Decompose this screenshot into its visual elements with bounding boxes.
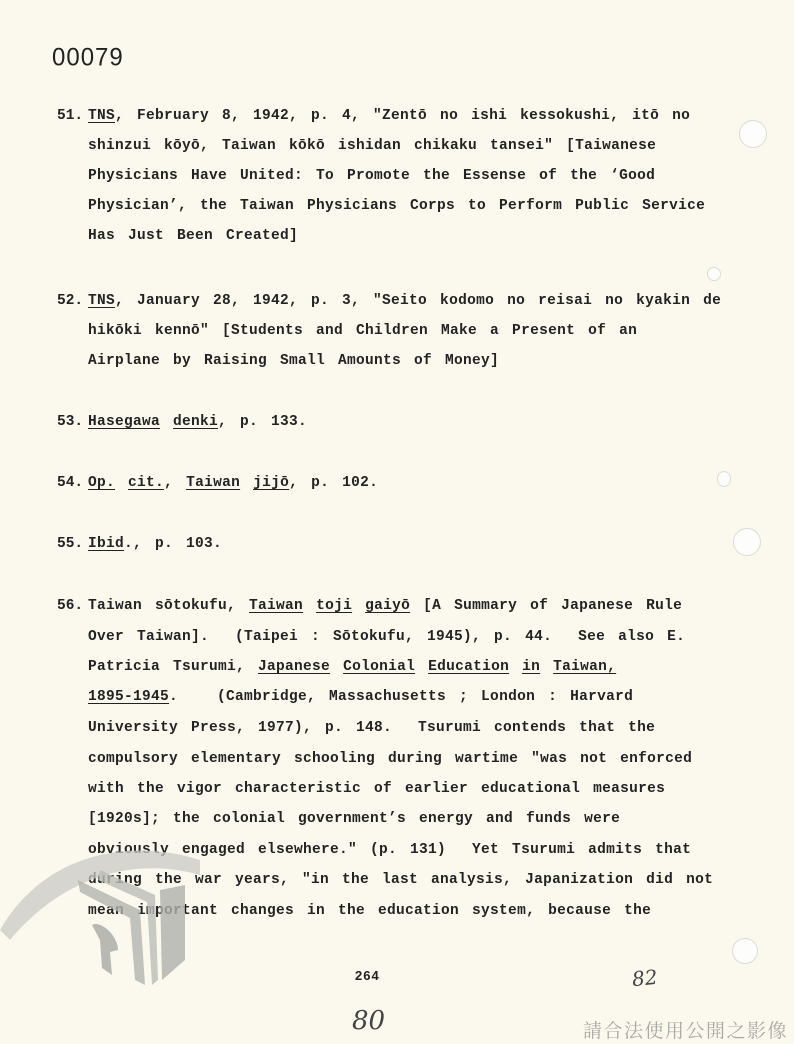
text-run [415,659,428,675]
endnote-line: Patricia Tsurumi, Japanese Colonial Educ… [88,659,616,675]
underlined-title: denki [173,414,218,430]
endnote-line: shinzui kōyō, Taiwan kōkō ishidan chikak… [88,138,656,154]
endnote-line: compulsory elementary schooling during w… [88,751,692,767]
text-run: Taiwan sōtokufu, [88,598,249,614]
underlined-title: Hasegawa [88,414,160,430]
endnote-line: [1920s]; the colonial government’s energ… [88,811,620,827]
endnote-line: TNS, January 28, 1942, p. 3, "Seito kodo… [88,293,721,309]
text-run [509,659,522,675]
text-run: Airplane by Raising Small Amounts of Mon… [88,353,499,369]
endnote-line: Physician’, the Taiwan Physicians Corps … [88,198,705,214]
archive-logo-icon [0,840,200,1040]
underlined-title: TNS [88,108,115,124]
endnote-line: 1895-1945. (Cambridge, Massachusetts ; L… [88,689,633,705]
text-run: , January 28, 1942, p. 3, "Seito kodomo … [115,293,721,309]
endnote-line: Hasegawa denki, p. 133. [88,414,307,430]
underlined-title: TNS [88,293,115,309]
text-run: ., p. 103. [124,536,222,552]
endnote-number: 52. [57,293,83,309]
text-run: , [164,475,186,491]
underlined-title: 1895-1945 [88,689,169,705]
endnote-line: Airplane by Raising Small Amounts of Mon… [88,353,499,369]
text-run: . (Cambridge, Massachusetts ; London : H… [169,689,633,705]
punch-hole-icon [707,267,721,281]
text-run [352,598,365,614]
underlined-title: Colonial [343,659,415,675]
endnote-number: 53. [57,414,83,430]
document-id: 00079 [52,43,124,72]
handwritten-mark-82: 82 [631,965,659,992]
text-run [240,475,253,491]
watermark-text: 請合法使用公開之影像 [583,1016,788,1043]
underlined-title: Ibid [88,536,124,552]
punch-hole-icon [717,471,731,487]
underlined-title: Op. [88,475,115,491]
underlined-title: Taiwan [249,598,303,614]
underlined-title: Taiwan [186,475,240,491]
text-run [303,598,316,614]
underlined-title: jijō [253,475,289,491]
endnote-number: 55. [57,536,83,552]
text-run: , February 8, 1942, p. 4, "Zentō no ishi… [115,108,690,124]
text-run: Physicians Have United: To Promote the E… [88,168,655,184]
text-run: , p. 102. [289,475,378,491]
punch-hole-icon [732,938,758,964]
text-run: [1920s]; the colonial government’s energ… [88,811,620,827]
text-run: [A Summary of Japanese Rule [410,598,682,614]
text-run: , p. 133. [218,414,307,430]
endnote-number: 54. [57,475,83,491]
underlined-title: in [522,659,540,675]
text-run [115,475,128,491]
text-run [540,659,553,675]
endnote-line: with the vigor characteristic of earlier… [88,781,665,797]
punch-hole-icon [739,120,767,148]
underlined-title: cit. [128,475,164,491]
underlined-title: toji [316,598,352,614]
endnote-number: 56. [57,598,83,614]
endnote-number: 51. [57,108,83,124]
punch-hole-icon [733,528,761,556]
text-run: Physician’, the Taiwan Physicians Corps … [88,198,705,214]
endnote-line: Over Taiwan]. (Taipei : Sōtokufu, 1945),… [88,629,685,645]
underlined-title: gaiyō [365,598,410,614]
text-run [160,414,173,430]
text-run: Patricia Tsurumi, [88,659,258,675]
text-run: Has Just Been Created] [88,228,298,244]
underlined-title: Education [428,659,509,675]
endnote-line: Has Just Been Created] [88,228,298,244]
endnote-line: TNS, February 8, 1942, p. 4, "Zentō no i… [88,108,690,124]
underlined-title: Japanese [258,659,330,675]
text-run: compulsory elementary schooling during w… [88,751,692,767]
endnote-line: Op. cit., Taiwan jijō, p. 102. [88,475,378,491]
text-run: hikōki kennō" [Students and Children Mak… [88,323,637,339]
endnote-line: Taiwan sōtokufu, Taiwan toji gaiyō [A Su… [88,598,682,614]
page-number: 264 [355,968,380,983]
handwritten-mark-80: 80 [352,1006,385,1036]
endnote-line: Ibid., p. 103. [88,536,222,552]
text-run: University Press, 1977), p. 148. Tsurumi… [88,720,655,736]
text-run: with the vigor characteristic of earlier… [88,781,665,797]
endnote-line: Physicians Have United: To Promote the E… [88,168,655,184]
text-run: shinzui kōyō, Taiwan kōkō ishidan chikak… [88,138,656,154]
underlined-title: Taiwan, [553,659,616,675]
endnote-line: hikōki kennō" [Students and Children Mak… [88,323,637,339]
endnote-line: University Press, 1977), p. 148. Tsurumi… [88,720,655,736]
text-run [330,659,343,675]
text-run: Over Taiwan]. (Taipei : Sōtokufu, 1945),… [88,629,685,645]
